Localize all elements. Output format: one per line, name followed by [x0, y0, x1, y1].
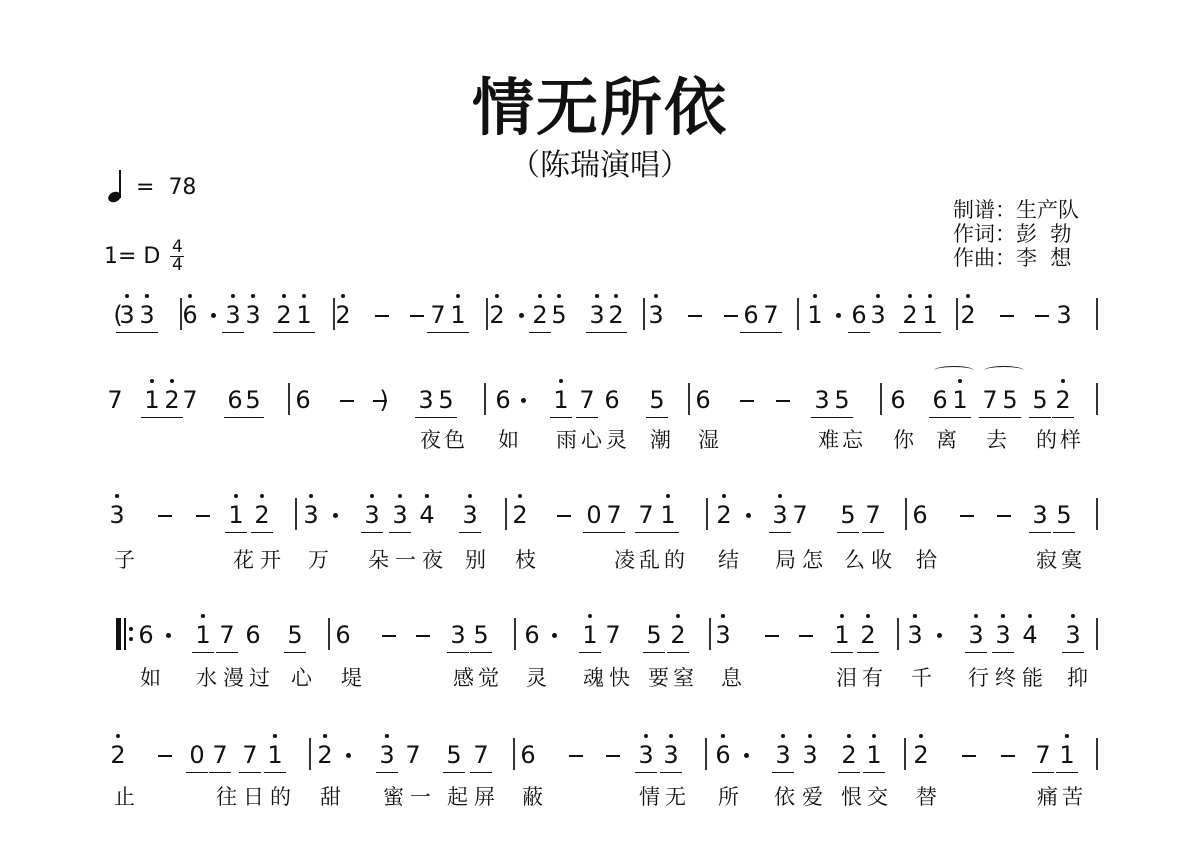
lyric: 么 [844, 547, 865, 573]
barline [1096, 498, 1098, 530]
note: 1 [581, 620, 599, 650]
note: 1 [865, 740, 883, 770]
note: 2 [275, 300, 293, 330]
lyric: 漫 [223, 665, 244, 691]
lyric: 灵 [526, 665, 547, 691]
lyric: 恨 [841, 784, 862, 810]
barline [513, 738, 515, 770]
note: 6 [889, 385, 907, 415]
lyric: 色 [444, 427, 465, 453]
note: 1 [806, 300, 824, 330]
note: 7 [472, 740, 490, 770]
lyric: 爱 [802, 784, 823, 810]
note: 7 [218, 620, 236, 650]
lyric: 水 [196, 665, 217, 691]
lyric: 夜 [422, 547, 443, 573]
barline [309, 738, 311, 770]
note: 0 [585, 500, 603, 530]
note: 6 [523, 620, 541, 650]
lyric: 别 [465, 547, 486, 573]
barline [295, 498, 297, 530]
barline [880, 383, 882, 415]
sustain-dash [799, 635, 813, 637]
note: 1 [143, 385, 161, 415]
note: 2 [901, 300, 919, 330]
sustain-dash [1000, 315, 1014, 317]
note: 5 [286, 620, 304, 650]
note: 2 [163, 385, 181, 415]
lyric: 感 [453, 665, 474, 691]
lyric: 情 [639, 784, 660, 810]
barline [643, 298, 645, 330]
lyric: 怎 [802, 547, 823, 573]
note: 7 [605, 500, 623, 530]
lyric: 日 [243, 784, 264, 810]
lyric: 甜 [320, 784, 341, 810]
tempo-value: 78 [168, 175, 196, 200]
note: 5 [1031, 385, 1049, 415]
tempo-marking: = 78 [108, 170, 196, 204]
note: 5 [648, 385, 666, 415]
barline [709, 618, 711, 650]
note: 6 [911, 500, 929, 530]
key-signature: 1= D 4 4 [104, 240, 184, 273]
note: 7 [211, 740, 229, 770]
note: 2 [334, 300, 352, 330]
sustain-dash [416, 635, 430, 637]
lyric: 局 [775, 547, 796, 573]
score-line-5: 207712375763363321271止往日的甜蜜一起屏蔽情无所依爱恨交替痛… [0, 0, 1200, 100]
lyric: 湿 [698, 427, 719, 453]
lyric: 替 [916, 784, 937, 810]
barline [1096, 298, 1098, 330]
note: 3 [1031, 500, 1049, 530]
note: 6 [519, 740, 537, 770]
note: 7 [637, 500, 655, 530]
lyric: 子 [114, 547, 135, 573]
note: 2 [607, 300, 625, 330]
lyric: 行 [968, 665, 989, 691]
note: 1 [449, 300, 467, 330]
barline [956, 298, 958, 330]
sustain-dash [688, 315, 702, 317]
lyric: 所 [718, 784, 739, 810]
lyric: 开 [260, 547, 281, 573]
note: 3 [302, 500, 320, 530]
note: 3 [869, 300, 887, 330]
lyric: 的 [1036, 427, 1057, 453]
note: 1 [921, 300, 939, 330]
sustain-dash [158, 515, 172, 517]
note: 7 [864, 500, 882, 530]
credits: 制谱：生产队 作词：彭 勃 作曲：李 想 [953, 198, 1079, 270]
lyric: 交 [867, 784, 888, 810]
note: 3 [391, 500, 409, 530]
augmentation-dot [166, 633, 171, 638]
key-label: 1= D [104, 244, 160, 269]
note: 3 [244, 300, 262, 330]
lyric: 收 [871, 547, 892, 573]
note: 5 [472, 620, 490, 650]
augmentation-dot [836, 313, 841, 318]
note: 1 [227, 500, 245, 530]
note: 7 [604, 620, 622, 650]
lyric: 离 [936, 427, 957, 453]
lyric: 觉 [478, 665, 499, 691]
note: 5 [445, 740, 463, 770]
barline [904, 738, 906, 770]
note: 3 [647, 300, 665, 330]
note: 3 [714, 620, 732, 650]
note: 3 [967, 620, 985, 650]
note: 7 [404, 740, 422, 770]
lyric: 起 [447, 784, 468, 810]
lyric: 寞 [1061, 547, 1082, 573]
lyric: 蜜 [383, 784, 404, 810]
lyric: 枝 [515, 547, 536, 573]
lyric: 蔽 [522, 784, 543, 810]
sustain-dash [960, 515, 974, 517]
note: 6 [244, 620, 262, 650]
lyric: 一 [410, 784, 431, 810]
note: 1 [1058, 740, 1076, 770]
sustain-dash [1035, 315, 1049, 317]
lyric: 结 [718, 547, 739, 573]
lyric: 终 [995, 665, 1016, 691]
note: 3 [1055, 300, 1073, 330]
note: 3 [994, 620, 1012, 650]
lyric: 心 [581, 427, 602, 453]
lyric: 你 [893, 427, 914, 453]
note: 3 [108, 500, 126, 530]
note: 6 [226, 385, 244, 415]
barline [705, 738, 707, 770]
barline [1096, 618, 1098, 650]
note: 7 [106, 385, 124, 415]
note: 3 [813, 385, 831, 415]
note: 3 [461, 500, 479, 530]
note: 3 [363, 500, 381, 530]
lyric: 凌 [614, 547, 635, 573]
lyric: 苦 [1062, 784, 1083, 810]
note: 2 [912, 740, 930, 770]
lyric: 如 [498, 427, 519, 453]
note: 4 [418, 500, 436, 530]
lyric: 雨 [556, 427, 577, 453]
note: 2 [840, 740, 858, 770]
barline [797, 298, 799, 330]
lyric: 寂 [1036, 547, 1057, 573]
note: 5 [437, 385, 455, 415]
lyric: 过 [249, 665, 270, 691]
lyric: 有 [862, 665, 883, 691]
slur [934, 366, 974, 375]
tempo-equals: = [136, 175, 154, 200]
lyric: 快 [609, 665, 630, 691]
note: 6 [603, 385, 621, 415]
note: 7 [578, 385, 596, 415]
note: 1 [833, 620, 851, 650]
note: 5 [1055, 500, 1073, 530]
barline [288, 383, 290, 415]
sustain-dash [1001, 755, 1015, 757]
note: 3 [801, 740, 819, 770]
augmentation-dot [937, 633, 942, 638]
note: 3 [662, 740, 680, 770]
sustain-dash [997, 515, 1011, 517]
note: 6 [494, 385, 512, 415]
note: 7 [981, 385, 999, 415]
note: 1 [194, 620, 212, 650]
lyric: 抑 [1067, 665, 1088, 691]
note: 6 [714, 740, 732, 770]
lyric: 无 [665, 784, 686, 810]
sustain-dash [569, 755, 583, 757]
lyric: 痛 [1037, 784, 1058, 810]
sustain-dash [340, 400, 354, 402]
note: 3 [138, 300, 156, 330]
lyric: 如 [140, 665, 161, 691]
note: 7 [181, 385, 199, 415]
sustain-dash [158, 755, 172, 757]
lyric: 往 [216, 784, 237, 810]
note: 2 [1054, 385, 1072, 415]
lyric: 去 [986, 427, 1007, 453]
lyric: 灵 [606, 427, 627, 453]
note: 6 [294, 385, 312, 415]
note: 2 [669, 620, 687, 650]
augmentation-dot [211, 313, 216, 318]
augmentation-dot [521, 398, 526, 403]
lyric: 屏 [474, 784, 495, 810]
note: 2 [109, 740, 127, 770]
note: 6 [742, 300, 760, 330]
note: 3 [906, 620, 924, 650]
note: 3 [771, 500, 789, 530]
lyric: 朵 [368, 547, 389, 573]
lyric: 千 [911, 665, 932, 691]
lyric: 息 [721, 665, 742, 691]
sustain-dash [740, 400, 754, 402]
augmentation-dot [746, 513, 751, 518]
note: 7 [762, 300, 780, 330]
lyric: 的 [664, 547, 685, 573]
barline [328, 618, 330, 650]
barline [484, 383, 486, 415]
lyric: 拾 [916, 547, 937, 573]
lyric: 乱 [639, 547, 660, 573]
note: 0 [188, 740, 206, 770]
note: 6 [137, 620, 155, 650]
sustain-dash [557, 515, 571, 517]
note: 3 [637, 740, 655, 770]
lyric: 万 [308, 547, 329, 573]
note: 6 [694, 385, 712, 415]
lyric: 窒 [673, 665, 694, 691]
note: 7 [1034, 740, 1052, 770]
credit-transcriber: 制谱：生产队 [953, 198, 1079, 222]
note: 2 [531, 300, 549, 330]
note: 3 [588, 300, 606, 330]
lyric: 一 [395, 547, 416, 573]
note: 2 [959, 300, 977, 330]
note: 6 [850, 300, 868, 330]
note: 5 [645, 620, 663, 650]
lyric: 心 [291, 665, 312, 691]
lyric: 堤 [341, 665, 362, 691]
note: 3 [417, 385, 435, 415]
note: 3 [449, 620, 467, 650]
sustain-dash [382, 635, 396, 637]
lyric: 难 [818, 427, 839, 453]
note: 3 [378, 740, 396, 770]
note: 5 [833, 385, 851, 415]
note: 1 [295, 300, 313, 330]
lyric: 样 [1060, 427, 1081, 453]
lyric: 夜 [420, 427, 441, 453]
augmentation-dot [346, 753, 351, 758]
note: 1 [552, 385, 570, 415]
note: 2 [488, 300, 506, 330]
lyric: 魂 [583, 665, 604, 691]
note: 2 [511, 500, 529, 530]
note: 5 [550, 300, 568, 330]
note: 5 [244, 385, 262, 415]
note: 2 [715, 500, 733, 530]
sustain-dash [375, 315, 389, 317]
credit-composer: 作曲：李 想 [953, 246, 1079, 270]
note: 7 [429, 300, 447, 330]
note: 7 [241, 740, 259, 770]
note: 4 [1021, 620, 1039, 650]
lyric: 忘 [842, 427, 863, 453]
note: 2 [859, 620, 877, 650]
sustain-dash [410, 315, 424, 317]
note: 1 [951, 385, 969, 415]
lyric: 要 [648, 665, 669, 691]
barline [706, 498, 708, 530]
lyric: 泪 [836, 665, 857, 691]
lyric: 潮 [650, 427, 671, 453]
note: 3 [774, 740, 792, 770]
sustain-dash [776, 400, 790, 402]
note: 2 [316, 740, 334, 770]
note: 3 [1064, 620, 1082, 650]
sustain-dash [765, 635, 779, 637]
barline [688, 383, 690, 415]
sustain-dash [962, 755, 976, 757]
barline [1096, 383, 1098, 415]
lyric: 的 [270, 784, 291, 810]
note: 6 [181, 300, 199, 330]
barline [1096, 738, 1098, 770]
lyric: 依 [774, 784, 795, 810]
lyric: 花 [233, 547, 254, 573]
augmentation-dot [519, 313, 524, 318]
note: 5 [1001, 385, 1019, 415]
lyric: 止 [114, 784, 135, 810]
augmentation-dot [333, 513, 338, 518]
time-signature: 4 4 [170, 240, 184, 273]
note: 3 [118, 300, 136, 330]
lyric: 能 [1022, 665, 1043, 691]
note: 1 [659, 500, 677, 530]
bracket: ) [375, 385, 393, 415]
credit-lyricist: 作词：彭 勃 [953, 222, 1079, 246]
barline [905, 498, 907, 530]
note: 5 [839, 500, 857, 530]
quarter-note-icon [108, 170, 122, 204]
note: 1 [266, 740, 284, 770]
note: 2 [253, 500, 271, 530]
note: 6 [334, 620, 352, 650]
sustain-dash [196, 515, 210, 517]
note: 6 [931, 385, 949, 415]
augmentation-dot [744, 753, 749, 758]
slur [984, 366, 1024, 375]
sustain-dash [606, 755, 620, 757]
augmentation-dot [552, 633, 557, 638]
barline [514, 618, 516, 650]
barline [897, 618, 899, 650]
note: 3 [224, 300, 242, 330]
note: 7 [791, 500, 809, 530]
barline [505, 498, 507, 530]
sustain-dash [724, 315, 738, 317]
